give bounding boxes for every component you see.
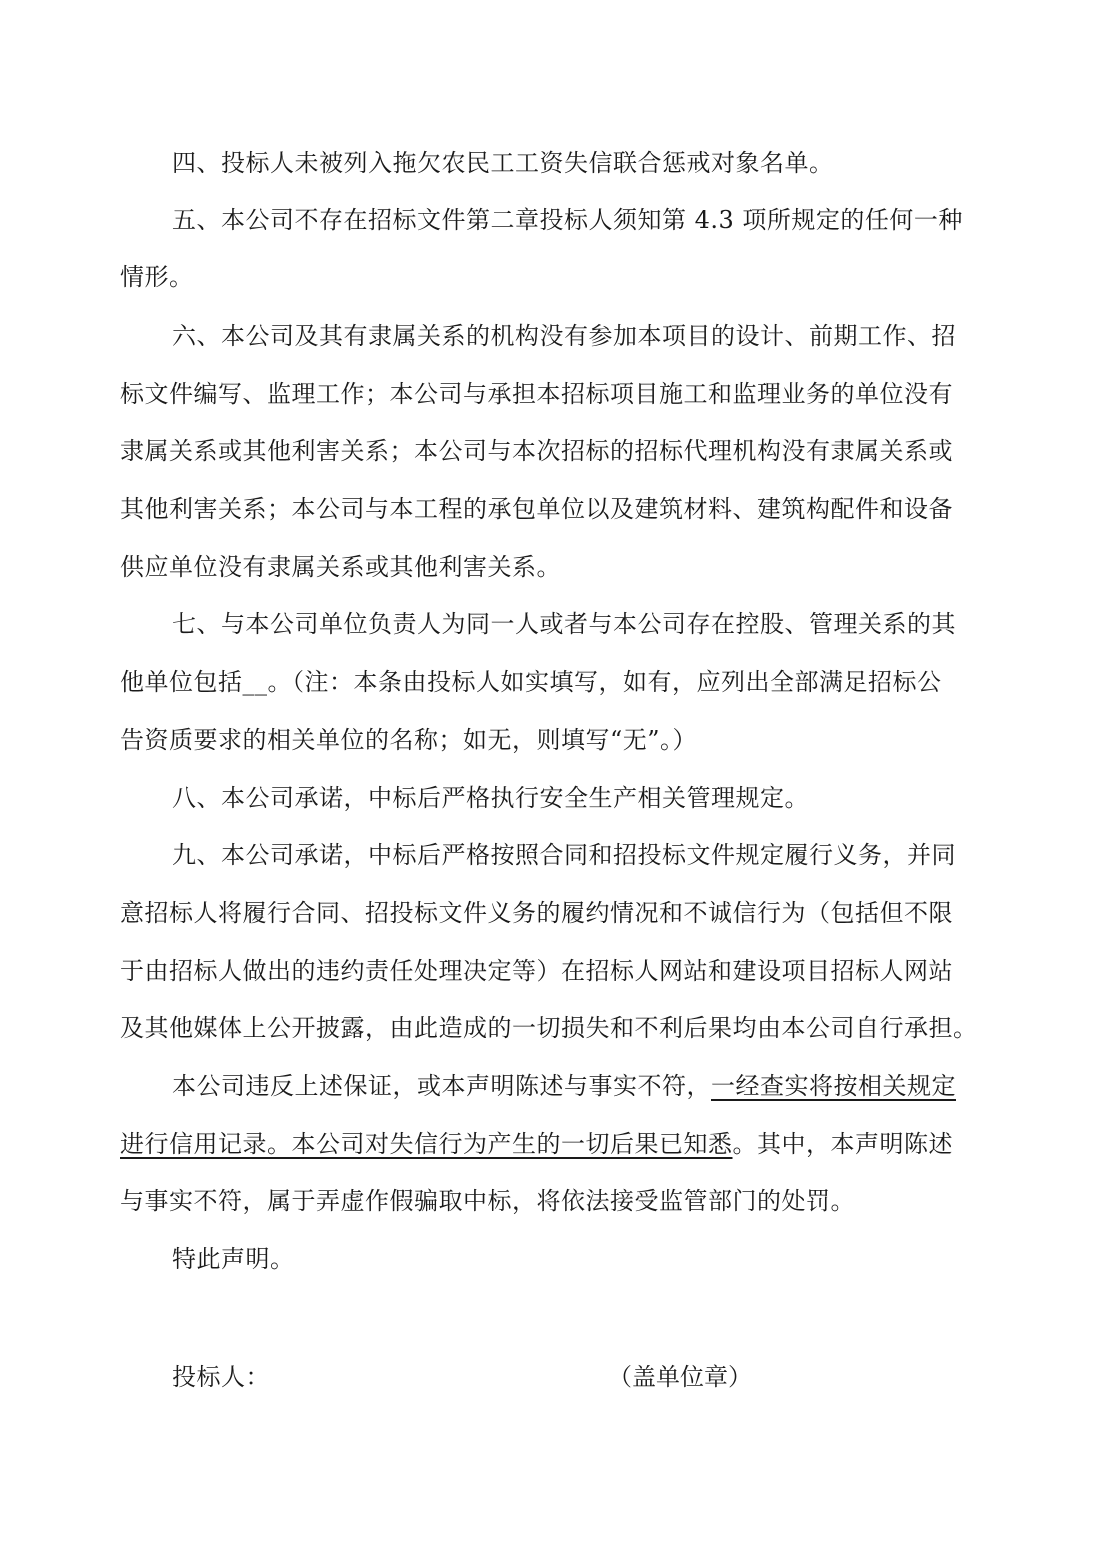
seal-note: （盖单位章） bbox=[608, 1362, 752, 1392]
clause-5-line-1: 五、本公司不存在招标文件第二章投标人须知第 4.3 项所规定的任何一种 bbox=[172, 205, 963, 235]
clause-7-line-1: 七、与本公司单位负责人为同一人或者与本公司存在控股、管理关系的其 bbox=[172, 609, 956, 639]
closing-text: 本公司违反上述保证，或本声明陈述与事实不符， bbox=[172, 1072, 711, 1100]
declaration: 特此声明。 bbox=[172, 1244, 295, 1274]
clause-6-line-5: 供应单位没有隶属关系或其他利害关系。 bbox=[120, 552, 561, 582]
clause-5-line-2: 情形。 bbox=[120, 262, 194, 292]
closing-line-3: 与事实不符，属于弄虚作假骗取中标，将依法接受监管部门的处罚。 bbox=[120, 1186, 855, 1216]
clause-7-line-3: 告资质要求的相关单位的名称；如无，则填写“无”。） bbox=[120, 725, 697, 755]
clause-9-line-3: 于由招标人做出的违约责任处理决定等）在招标人网站和建设项目招标人网站 bbox=[120, 956, 953, 986]
clause-9-line-1: 九、本公司承诺，中标后严格按照合同和招投标文件规定履行义务，并同 bbox=[172, 840, 956, 870]
closing-underlined-text: 一经查实将按相关规定 bbox=[711, 1072, 956, 1100]
clause-9-line-2: 意招标人将履行合同、招投标文件义务的履约情况和不诚信行为（包括但不限 bbox=[120, 898, 953, 928]
clause-8-line-1: 八、本公司承诺，中标后严格执行安全生产相关管理规定。 bbox=[172, 783, 809, 813]
clause-6-line-1: 六、本公司及其有隶属关系的机构没有参加本项目的设计、前期工作、招 bbox=[172, 321, 956, 351]
closing-text: 。其中，本声明陈述 bbox=[733, 1130, 954, 1158]
clause-4-line-1: 四、投标人未被列入拖欠农民工工资失信联合惩戒对象名单。 bbox=[172, 148, 834, 178]
clause-6-line-4: 其他利害关系；本公司与本工程的承包单位以及建筑材料、建筑构配件和设备 bbox=[120, 494, 953, 524]
closing-line-1: 本公司违反上述保证，或本声明陈述与事实不符，一经查实将按相关规定 bbox=[172, 1071, 956, 1101]
clause-9-line-4: 及其他媒体上公开披露，由此造成的一切损失和不利后果均由本公司自行承担。 bbox=[120, 1013, 978, 1043]
clause-6-line-3: 隶属关系或其他利害关系；本公司与本次招标的招标代理机构没有隶属关系或 bbox=[120, 436, 953, 466]
clause-6-line-2: 标文件编写、监理工作；本公司与承担本招标项目施工和监理业务的单位没有 bbox=[120, 379, 953, 409]
bidder-label: 投标人： bbox=[172, 1362, 270, 1392]
clause-7-line-2: 他单位包括__。（注：本条由投标人如实填写，如有，应列出全部满足招标公 bbox=[120, 667, 942, 697]
closing-underlined-text: 进行信用记录。本公司对失信行为产生的一切后果已知悉 bbox=[120, 1130, 733, 1158]
closing-line-2: 进行信用记录。本公司对失信行为产生的一切后果已知悉。其中，本声明陈述 bbox=[120, 1129, 953, 1159]
